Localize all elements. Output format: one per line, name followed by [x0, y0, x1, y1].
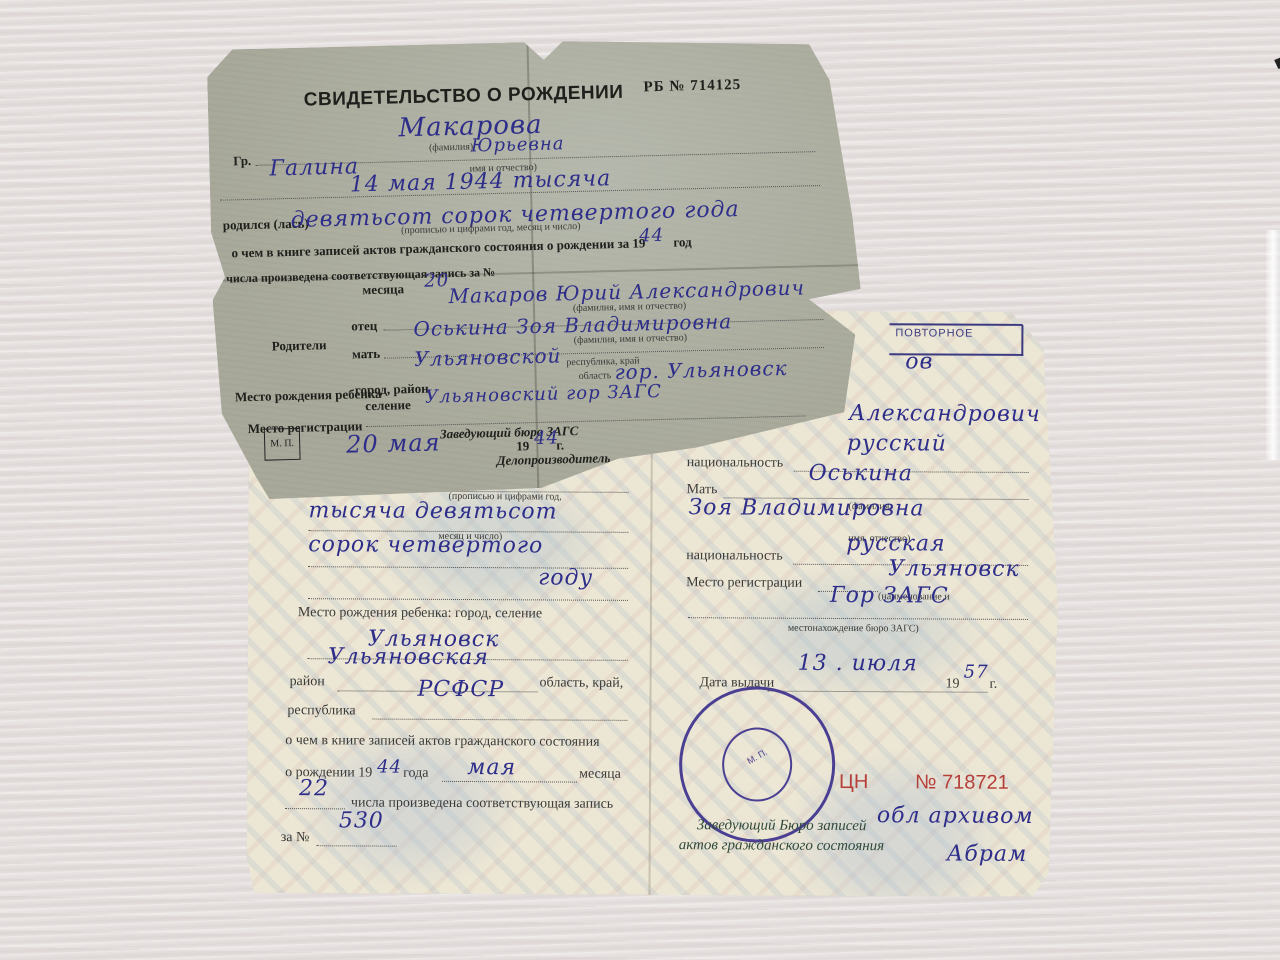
serial-series: ЦН: [839, 771, 868, 794]
record-line-1: о чем в книге записей актов гражданского…: [285, 733, 599, 751]
issue-year-prefix: 19: [946, 677, 960, 693]
birthplace-label: Место рождения ребенка: город, селение: [298, 605, 542, 622]
hw-father-patronymic: Александрович: [849, 401, 1041, 427]
hw-city: гор. Ульяновск: [614, 356, 788, 384]
hw-registration-1: Ульяновск: [888, 556, 1020, 582]
issue-year-end: г.: [990, 677, 998, 693]
hw-signature: Абрам: [947, 842, 1028, 867]
hw-record-day: 22: [299, 776, 329, 801]
oblast-hint: область: [578, 370, 611, 382]
hw-district: Ульяновская: [328, 644, 489, 670]
city-district-label: город, район: [355, 381, 429, 399]
record-line-1: о чем в книге записей актов гражданского…: [231, 235, 645, 261]
hw-born-words-1: тысяча девятьсот: [308, 498, 557, 524]
hw-father-nationality: русский: [847, 431, 947, 457]
oblast-label: область, край,: [540, 675, 624, 691]
hw-republic: РСФСР: [417, 677, 504, 702]
head-line-2: актов гражданского состояния: [679, 837, 885, 855]
hw-record-month: мая: [467, 755, 516, 780]
surname-hint: (фамилия): [429, 141, 473, 153]
plastic-bag-edge: [1266, 230, 1280, 460]
issue-year-prefix: 19: [516, 438, 529, 454]
village-label: селение: [365, 397, 411, 414]
hw-record-day: 20: [424, 270, 449, 292]
hw-record-number: 530: [339, 808, 384, 833]
record-number-label: за №: [281, 830, 310, 846]
certificate-title: СВИДЕТЕЛЬСТВО О РОЖДЕНИИ: [304, 82, 624, 112]
hw-born-words-3: году: [538, 565, 593, 590]
hw-registration-2: Гор ЗАГС: [830, 583, 949, 609]
issue-year-end: г.: [556, 437, 564, 453]
hw-father-surname-end: ов: [905, 349, 933, 374]
record-line-2b: года: [403, 766, 428, 782]
hw-region: Ульяновской: [414, 343, 562, 371]
parents-label: Родители: [272, 337, 327, 354]
mother-fio-hint: (фамилия, имя и отчество): [574, 332, 687, 346]
zags-location-hint: местонахождение бюро ЗАГС): [788, 623, 919, 635]
hw-first-name: Галина: [269, 154, 359, 181]
hw-issue-date: 20 мая: [346, 428, 441, 458]
hw-mother-nationality: русская: [846, 531, 945, 557]
hw-mother-surname: Оськина: [809, 461, 913, 487]
hw-issue-year: 57: [964, 662, 989, 683]
record-line-3: числа произведена соответствующая запись: [351, 795, 613, 812]
hw-record-year: 44: [639, 225, 664, 247]
district-label: район: [290, 674, 325, 690]
hw-mother-name: Зоя Владимировна: [688, 495, 924, 521]
black-cable: [1157, 0, 1280, 91]
father-label: отец: [351, 318, 377, 335]
mother-label: мать: [352, 346, 381, 363]
hw-issue-day-month: 13 . июля: [798, 651, 918, 677]
father-nationality-label: национальность: [687, 455, 784, 472]
record-year-suffix: год: [673, 234, 692, 250]
seal-place-box: М. П.: [264, 428, 301, 461]
hw-archive-note: обл архивом: [877, 803, 1034, 829]
serial-number: № 718721: [915, 771, 1009, 794]
record-line-2c: месяца: [579, 767, 621, 783]
mother-nationality-label: национальность: [686, 548, 783, 565]
hw-born-words-2: сорок четвертого: [308, 532, 543, 558]
registration-label: Место регистрации: [686, 575, 802, 592]
month-label: месяца: [362, 281, 404, 298]
head-line-1: Заведующий Бюро записей: [697, 817, 867, 835]
republic-label: республика: [287, 703, 355, 719]
certificate-number: РБ № 714125: [643, 77, 741, 96]
clerk-label: Делопроизводитель: [496, 450, 610, 469]
hw-patronymic: Юрьевна: [471, 133, 565, 156]
hw-record-year: 44: [377, 757, 402, 778]
gr-label: Гр.: [233, 153, 251, 169]
hw-registration: Ульяновский гор ЗАГС: [425, 381, 662, 408]
